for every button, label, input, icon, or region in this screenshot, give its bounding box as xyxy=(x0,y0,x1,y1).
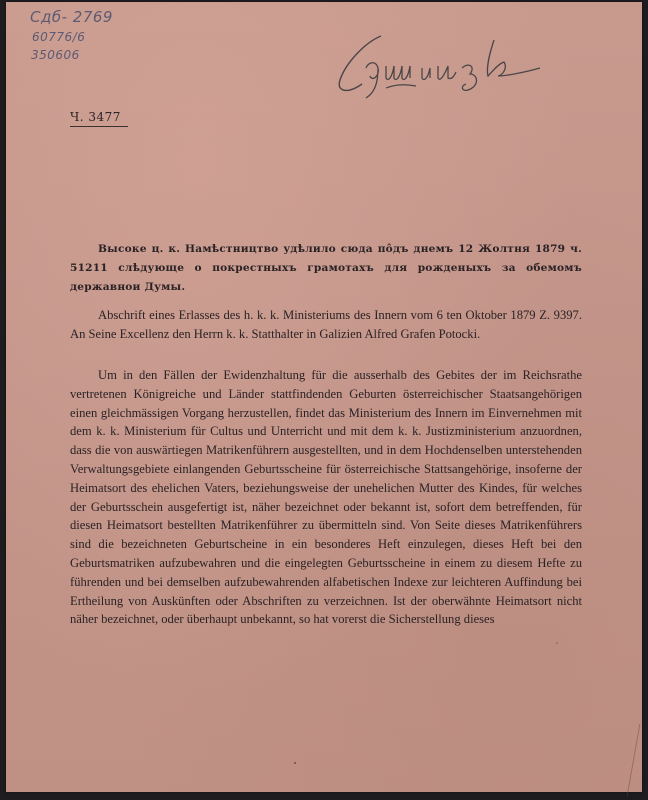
paragraph-text: Um in den Fällen der Ewidenzhaltung für … xyxy=(70,366,582,629)
archive-number-1: 60776/6 xyxy=(32,30,85,44)
page-fold-line xyxy=(627,724,641,796)
document-number: Ч. 3477 xyxy=(70,110,121,124)
paragraph-german-heading: Abschrift eines Erlasses des h. k. k. Mi… xyxy=(70,306,582,344)
archive-number-2: 350606 xyxy=(31,48,80,62)
paper-speck xyxy=(294,762,296,764)
paragraph-ruthenian-intro: Высоке ц. к. Намѣстництво удѣлило сюда п… xyxy=(70,240,582,297)
paragraph-text: Abschrift eines Erlasses des h. k. k. Mi… xyxy=(70,306,582,344)
document-number-underline xyxy=(70,126,128,127)
archive-code: Сдб- 2769 xyxy=(30,8,113,26)
handwritten-signature xyxy=(326,32,586,102)
paragraph-text: Высоке ц. к. Намѣстництво удѣлило сюда п… xyxy=(70,240,582,297)
document-page: Сдб- 2769 60776/6 350606 Ч. 3477 Высоке … xyxy=(6,2,642,792)
paper-speck xyxy=(556,642,558,644)
paragraph-german-body: Um in den Fällen der Ewidenzhaltung für … xyxy=(70,366,582,629)
